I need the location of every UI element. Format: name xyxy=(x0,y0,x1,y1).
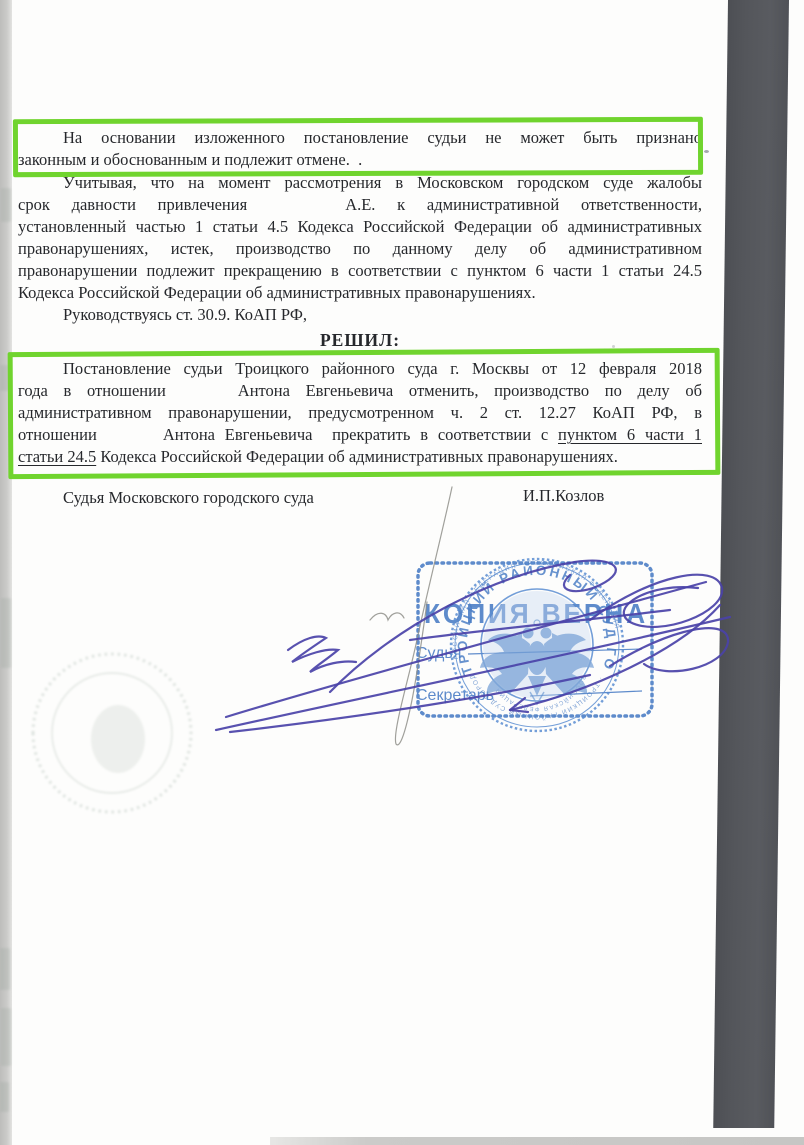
copy-stamp: КОПИЯ ВЕРНА Судья Секретарь xyxy=(416,563,652,716)
seal-inner-ring-text: РОССИЙСКАЯ ФЕДЕРАЦИЯ xyxy=(495,674,586,711)
text-segment: Антона Евгеньевича отменить, производств… xyxy=(238,381,702,400)
text-segment: Антона Евгеньевича прекратить в соответс… xyxy=(163,425,558,444)
bleedthrough-mark xyxy=(1,598,11,668)
text-line: Руководствуясь ст. 30.9. КоАП РФ, xyxy=(18,304,702,326)
paragraph-guided-by: Руководствуясь ст. 30.9. КоАП РФ, xyxy=(18,304,702,326)
paragraph-limitation: Учитывая, что на момент рассмотрения в М… xyxy=(18,172,702,304)
text-segment: Кодекса Российской Федерации об админист… xyxy=(18,283,536,302)
text-segment: Постановление судьи Троицкого районного … xyxy=(63,359,702,378)
bleedthrough-mark xyxy=(1,1008,11,1066)
text-line: правонарушении подлежит прекращению в со… xyxy=(18,260,702,282)
copy-stamp-secretary-label: Секретарь xyxy=(416,687,494,704)
scan-speck xyxy=(704,150,709,153)
text-segment: отношении xyxy=(18,425,97,444)
text-line: административном правонарушении, предусм… xyxy=(18,402,702,424)
redaction-gap xyxy=(166,395,238,396)
text-segment: пунктом 6 части 1 xyxy=(558,425,702,444)
text-line: года в отношенииАнтона Евгеньевича отмен… xyxy=(18,380,702,402)
bleedthrough-mark xyxy=(0,365,9,391)
text-segment: статьи 24.5 xyxy=(18,447,96,466)
court-seal: ТРОИЦКИЙ РАЙОННЫЙ СУД ГОРОДА МОСКВЫ · РО… xyxy=(30,470,623,731)
paragraph-decision: Постановление судьи Троицкого районного … xyxy=(18,358,702,468)
text-line: правонарушениях, истек, производство по … xyxy=(18,238,702,260)
text-segment: установленный частью 1 статьи 4.5 Кодекс… xyxy=(18,217,702,236)
seal-outer-ring-text: · РОССИЙСКАЯ ФЕДЕРАЦИЯ · РОССИЙСКАЯ ФЕДЕ… xyxy=(452,560,622,667)
text-segment: правонарушении подлежит прекращению в со… xyxy=(18,261,702,280)
text-segment: Руководствуясь ст. 30.9. КоАП РФ, xyxy=(63,305,307,324)
pencil-stroke xyxy=(370,487,452,745)
scan-bottom-edge xyxy=(270,1137,804,1145)
text-line: законным и обоснованным и подлежит отмен… xyxy=(18,149,702,171)
text-segment: На основании изложенного постановление с… xyxy=(63,128,702,147)
handwritten-signature xyxy=(216,561,730,732)
eagle-icon xyxy=(480,620,594,704)
document-body: На основании изложенного постановление с… xyxy=(18,127,702,468)
text-line: установленный частью 1 статьи 4.5 Кодекс… xyxy=(18,216,702,238)
text-segment: срок давности привлечения xyxy=(18,195,247,214)
text-line: отношенииАнтона Евгеньевича прекратить в… xyxy=(18,424,702,446)
bleedthrough-mark xyxy=(0,1082,9,1112)
bleedthrough-mark xyxy=(0,948,10,990)
svg-text:· РОССИЙСКАЯ ФЕДЕРАЦИЯ · РОССИ: · РОССИЙСКАЯ ФЕДЕРАЦИЯ · РОССИЙСКАЯ ФЕДЕ… xyxy=(452,560,622,667)
copy-stamp-title: КОПИЯ ВЕРНА xyxy=(424,598,648,629)
text-line: статьи 24.5 Кодекса Российской Федерации… xyxy=(18,446,702,468)
copy-stamp-judge-label: Судья xyxy=(416,645,461,662)
text-segment: административном правонарушении, предусм… xyxy=(18,403,702,422)
text-line: Учитывая, что на момент рассмотрения в М… xyxy=(18,172,702,194)
text-line: Постановление судьи Троицкого районного … xyxy=(18,358,702,380)
scanned-page: На основании изложенного постановление с… xyxy=(0,0,804,1145)
text-segment: законным и обоснованным и подлежит отмен… xyxy=(18,150,362,169)
text-segment: правонарушениях, истек, производство по … xyxy=(18,239,702,258)
bleedthrough-seal: ТРОИЦКИЙ РАЙОННЫЙ СУД xyxy=(30,654,191,860)
text-segment: Учитывая, что на момент рассмотрения в М… xyxy=(63,173,702,192)
judge-name: И.П.Козлов xyxy=(523,485,604,507)
ruling-heading: РЕШИЛ: xyxy=(18,329,702,351)
text-segment: А.Е. к административной ответственности, xyxy=(345,195,702,214)
text-line: Кодекса Российской Федерации об админист… xyxy=(18,282,702,304)
judge-title: Судья Московского городского суда xyxy=(63,487,314,509)
svg-text:РОССИЙСКАЯ ФЕДЕРАЦИЯ: РОССИЙСКАЯ ФЕДЕРАЦИЯ xyxy=(495,674,586,711)
paragraph-ruling-invalid: На основании изложенного постановление с… xyxy=(18,127,702,171)
redaction-gap xyxy=(97,439,163,440)
signature-row: Судья Московского городского суда И.П.Ко… xyxy=(18,487,702,509)
text-segment: Кодекса Российской Федерации об админист… xyxy=(96,447,618,466)
text-segment: года в отношении xyxy=(18,381,166,400)
text-line: На основании изложенного постановление с… xyxy=(18,127,702,149)
bleedthrough-mark xyxy=(1,188,11,222)
scan-shadow-band xyxy=(713,0,789,1128)
text-line: срок давности привлеченияА.Е. к админист… xyxy=(18,194,702,216)
redaction-gap xyxy=(247,209,345,210)
stamps-and-signature-layer: ТРОИЦКИЙ РАЙОННЫЙ СУД КОПИЯ ВЕРНА Судья … xyxy=(30,470,770,860)
